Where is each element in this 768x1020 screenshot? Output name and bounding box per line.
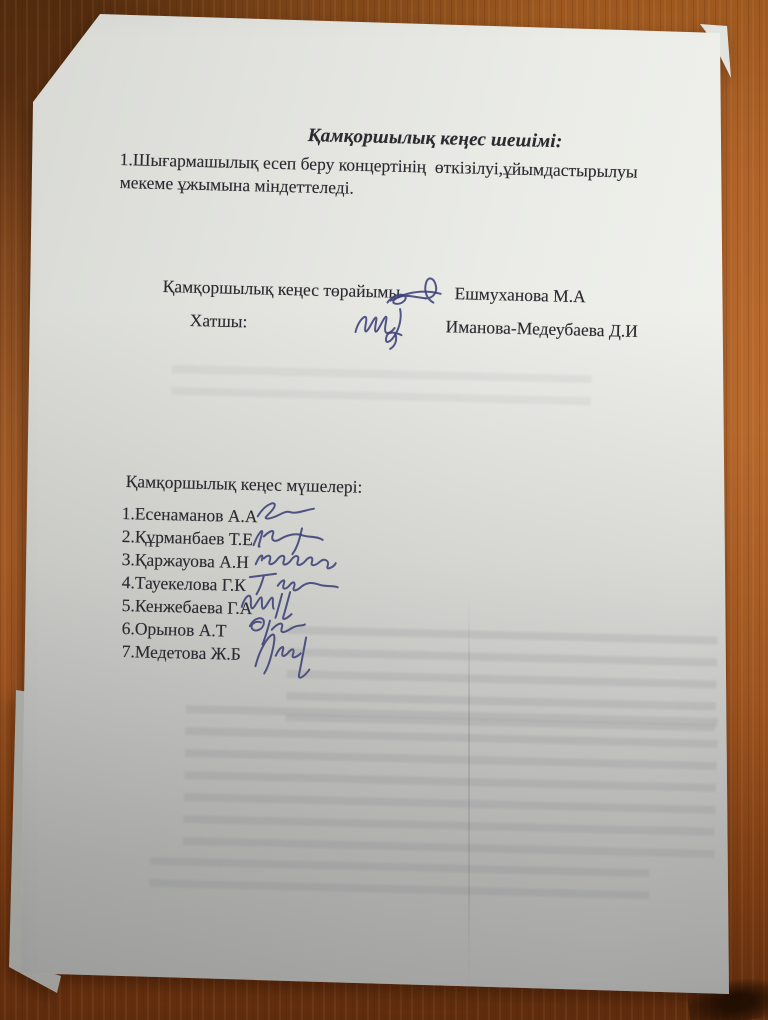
paper-sheet: Қамқоршылық кеңес шешімі: 1.Шығармашылық…: [0, 0, 768, 1020]
paper-crease: [468, 598, 470, 990]
bleedthrough-text: [171, 360, 592, 416]
signatory-role: Хатшы:: [189, 310, 247, 332]
member-name: 7.Медетова Ж.Б: [121, 641, 241, 665]
member-name: 1.Есенаманов А.А: [121, 503, 257, 527]
members-heading: Қамқоршылық кеңес мүшелері:: [125, 470, 362, 499]
signatory-name: Иманова-Медеубаева Д.И: [445, 316, 638, 342]
member-name: 6.Орынов А.Т: [121, 618, 226, 642]
member-name: 3.Қаржауова А.Н: [121, 549, 249, 573]
signatory-name: Ешмуханова М.А: [454, 283, 586, 307]
paper-stack: Қамқоршылық кеңес шешімі: 1.Шығармашылық…: [0, 0, 768, 1020]
member-name: 4.Тауекелова Г.К: [121, 572, 246, 596]
bleedthrough-text: [182, 700, 718, 865]
decision-body-line: мекеме ұжымына міндеттеледі.: [119, 171, 354, 200]
document-photo: Қамқоршылық кеңес шешімі: 1.Шығармашылық…: [0, 0, 768, 1020]
signature-secretary: [349, 302, 420, 352]
decision-title: Қамқоршылық кеңес шешімі:: [307, 124, 562, 153]
member-name: 2.Құрманбаев Т.Е: [121, 526, 253, 550]
member-name: 5.Кенжебаева Г.А: [121, 595, 252, 619]
signatory-role: Қамқоршылық кеңес төрайымы: [162, 276, 400, 303]
